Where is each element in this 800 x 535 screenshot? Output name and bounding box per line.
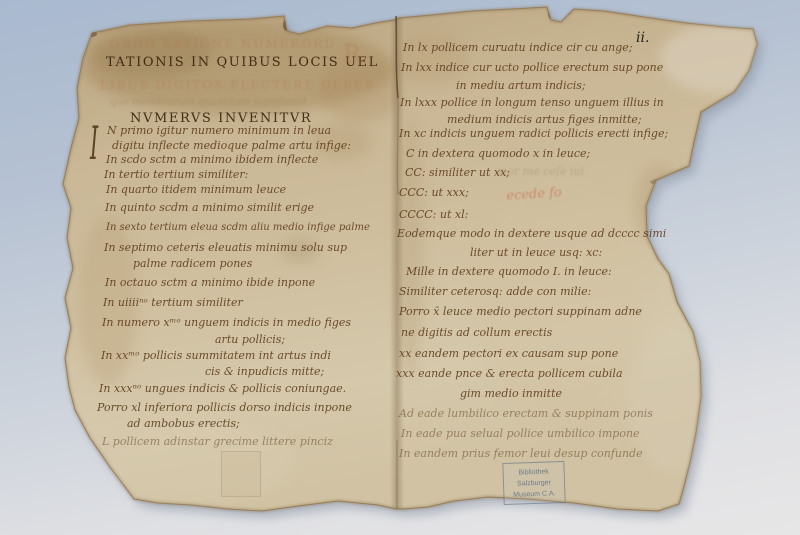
manuscript-line: L pollicem adinstar grecime littere pinc… (102, 436, 333, 447)
manuscript-line: liter ut in leuce usq: xc: (470, 247, 602, 258)
manuscript-line: artu pollicis; (215, 334, 285, 345)
manuscript-line: Similiter ceterosq: adde con milie: (399, 286, 591, 297)
manuscript-line: In eade pua selual pollice umbilico impo… (401, 428, 640, 439)
manuscript-line: cis & inpudicis mitte; (205, 366, 324, 377)
manuscript-line: In sexto tertium eleua scdm aliu medio i… (106, 223, 370, 233)
manuscript-text-layer: ORDO RATIONE NUMERORUTATIONIS IN QUIBUS … (0, 0, 800, 535)
manuscript-line: medium indicis artus figes inmitte; (447, 114, 642, 125)
library-stamp: Bibliothek Salzburger Museum C.A. (502, 461, 565, 505)
manuscript-line: N primo igitur numero minimum in leua (107, 125, 331, 136)
manuscript-line: xxx eande pnce & erecta pollicem cubila (396, 368, 623, 379)
manuscript-line: In septimo ceteris eleuatis minimu solu … (104, 242, 347, 253)
manuscript-line: ad ambobus erectis; (127, 418, 240, 429)
manuscript-line: In quinto scdm a minimo similit erige (105, 202, 314, 213)
manuscript-line: LIBUS DIGITOS FLECTERE DEBES (100, 79, 375, 91)
manuscript-line: In lxxx pollice in longum tenso unguem i… (400, 97, 664, 108)
manuscript-line: In lx pollicem curuatu indice cir cu ang… (403, 42, 633, 53)
manuscript-line: que membrorum quantitate significant (110, 98, 307, 108)
manuscript-line: Porro xl inferiora pollicis dorso indici… (97, 402, 352, 413)
manuscript-line: xx eandem pectori ex causam sup pone (399, 348, 618, 359)
manuscript-line: ecede fo (506, 186, 562, 203)
manuscript-line: In octauo sctm a minimo ibide inpone (105, 277, 315, 288)
manuscript-line: In eandem prius femor leui desup confund… (399, 448, 643, 459)
manuscript-line: I (90, 120, 98, 166)
manuscript-line: digitu inflecte medioque palme artu infi… (112, 140, 351, 151)
manuscript-line: ne digitis ad collum erectis (401, 327, 552, 338)
manuscript-line: CCC: ut xxx; (399, 187, 469, 198)
stamp-line: Museum C.A. (506, 488, 562, 501)
manuscript-line: In xxxⁿᵒ ungues indicis & pollicis coniu… (99, 383, 346, 394)
manuscript-line: In tertio tertium similiter: (104, 169, 248, 180)
manuscript-line: In lxx indice cur ucto pollice erectum s… (401, 62, 663, 73)
manuscript-line: gim medio inmitte (460, 388, 562, 399)
manuscript-line: palme radicem pones (133, 258, 252, 269)
manuscript-line: In uiiiiⁿᵒ tertium similiter (103, 297, 243, 308)
manuscript-line: Mille in dextere quomodo I. in leuce: (406, 266, 612, 277)
manuscript-line: ORDO RATIONE NUMERORU (110, 38, 337, 50)
manuscript-line: CCCC: ut xl: (399, 209, 468, 220)
manuscript-line: In numero xᵐᵒ unguem indicis in medio fi… (102, 317, 351, 328)
manuscript-line: In scdo sctm a minimo ibidem inflecte (106, 154, 318, 165)
manuscript-line: R (343, 42, 363, 66)
manuscript-line: CC: similiter ut xx; (405, 167, 510, 178)
manuscript-line: Porro x̄ leuce medio pectori suppinam ad… (399, 306, 642, 317)
manuscript-line: in mediu artum indicis; (456, 80, 586, 91)
manuscript-line: In xc indicis unguem radici pollicis ere… (399, 128, 668, 139)
manuscript-line: Eodemque modo in dextere usque ad dcccc … (397, 228, 666, 239)
manuscript-line: In xxᵐᵒ pollicis summitatem int artus in… (101, 350, 331, 361)
manuscript-line: TATIONIS IN QUIBUS LOCIS UEL (106, 56, 379, 69)
manuscript-line: Ad eade lumbilico erectam & suppinam pon… (399, 408, 653, 419)
manuscript-line: C in dextera quomodo x in leuce; (406, 148, 590, 159)
manuscript-photo: ORDO RATIONE NUMERORUTATIONIS IN QUIBUS … (0, 0, 800, 535)
faint-stamp (221, 451, 261, 497)
folio-number: ii. (636, 30, 649, 46)
manuscript-line: In quarto itidem minimum leuce (106, 184, 286, 195)
manuscript-line: mor me ceſe iui (497, 166, 584, 177)
